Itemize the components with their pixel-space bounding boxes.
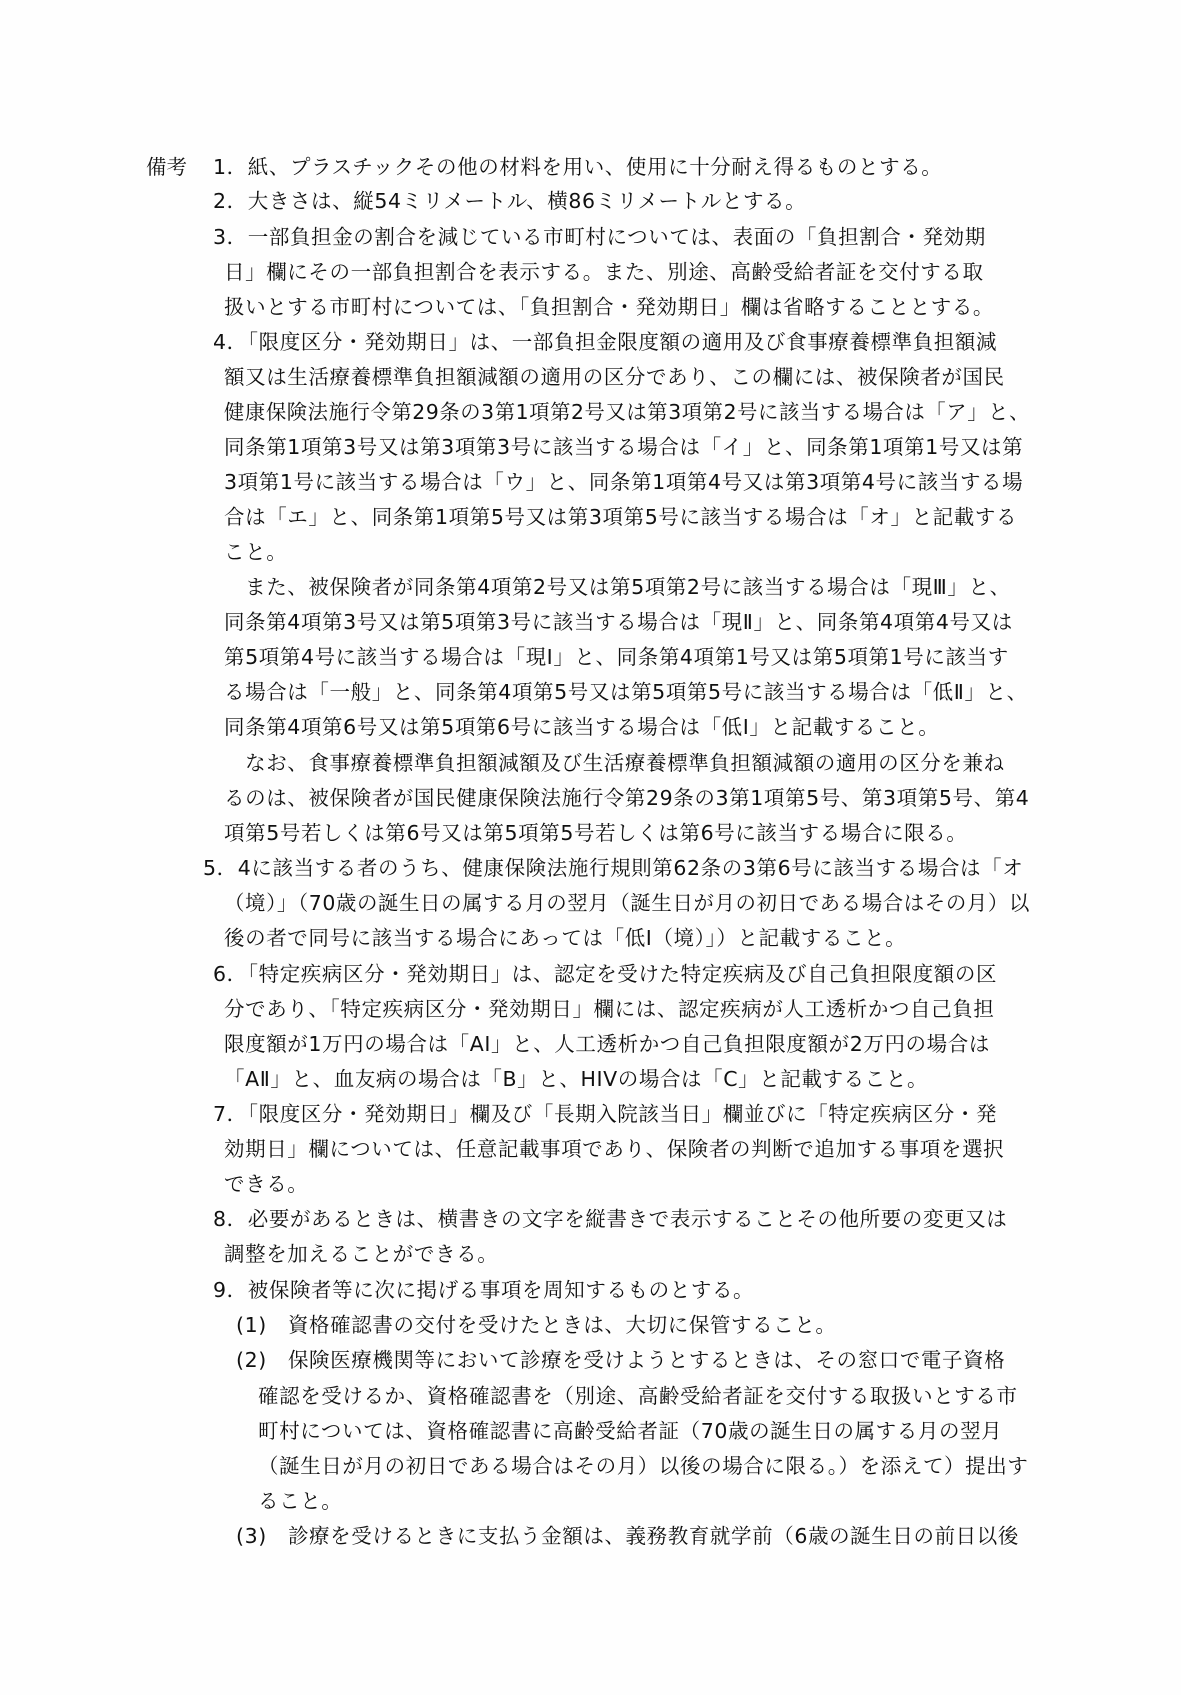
text-line: る場合は「一般」と、同条第4項第5号又は第5項第5号に該当する場合は「低Ⅱ」と、 — [224, 679, 1028, 705]
text-line: (3) 診療を受けるときに支払う金額は、義務教育就学前（6歳の誕生日の前日以後 — [236, 1523, 1019, 1549]
text-line: 扱いとする市町村については、「負担割合・発効期日」欄は省略することとする。 — [224, 294, 994, 320]
text-line: 調整を加えることができる。 — [224, 1241, 498, 1267]
text-line: 分であり、「特定疾病区分・発効期日」欄には、認定疾病が人工透析かつ自己負担 — [224, 996, 994, 1022]
text-line: 5．4に該当する者のうち、健康保険法施行規則第62条の3第6号に該当する場合は「… — [203, 855, 1023, 881]
text-line: （境）」（70歳の誕生日の属する月の翌月（誕生日が月の初日である場合はその月）以 — [224, 890, 1030, 916]
text-line: 同条第4項第6号又は第5項第6号に該当する場合は「低Ⅰ」と記載すること。 — [224, 714, 939, 740]
text-line: ること。 — [258, 1488, 342, 1514]
text-line: 項第5号若しくは第6号又は第5項第5号若しくは第6号に該当する場合に限る。 — [224, 820, 967, 846]
text-line: 7．「限度区分・発効期日」欄及び「長期入院該当日」欄並びに「特定疾病区分・発 — [213, 1101, 997, 1127]
text-line: 同条第1項第3号又は第3項第3号に該当する場合は「イ」と、同条第1項第1号又は第 — [224, 434, 1023, 460]
document-page: 備考 1．紙、プラスチックその他の材料を用い、使用に十分耐え得るものとする。2．… — [0, 0, 1181, 1695]
text-line: 健康保険法施行令第29条の3第1項第2号又は第3項第2号に該当する場合は「ア」と… — [224, 399, 1030, 425]
text-line: 2．大きさは、縦54ミリメートル、横86ミリメートルとする。 — [213, 188, 806, 214]
text-line: 額又は生活療養標準負担額減額の適用の区分であり、この欄には、被保険者が国民 — [224, 364, 1005, 390]
text-line: 効期日」欄については、任意記載事項であり、保険者の判断で追加する事項を選択 — [224, 1136, 1004, 1162]
text-line: 1．紙、プラスチックその他の材料を用い、使用に十分耐え得るものとする。 — [213, 154, 942, 180]
text-line: 9．被保険者等に次に掲げる事項を周知するものとする。 — [213, 1277, 754, 1303]
text-line: 同条第4項第3号又は第5項第3号に該当する場合は「現Ⅱ」と、同条第4項第4号又は — [224, 609, 1013, 635]
text-line: 8．必要があるときは、横書きの文字を縦書きで表示することその他所要の変更又は — [213, 1206, 1007, 1232]
text-line: また、被保険者が同条第4項第2号又は第5項第2号に該当する場合は「現Ⅲ」と、 — [224, 574, 1011, 600]
text-line: 「AⅡ」と、血友病の場合は「B」と、HIVの場合は「C」と記載すること。 — [224, 1066, 928, 1092]
remarks-heading: 備考 — [146, 154, 187, 180]
text-line: るのは、被保険者が国民健康保険法施行令第29条の3第1項第5号、第3項第5号、第… — [224, 785, 1029, 811]
text-line: (1) 資格確認書の交付を受けたときは、大切に保管すること。 — [236, 1312, 837, 1338]
text-line: （誕生日が月の初日である場合はその月）以後の場合に限る。）を添えて）提出す — [258, 1453, 1028, 1479]
text-line: 確認を受けるか、資格確認書を（別途、高齢受給者証を交付する取扱いとする市 — [258, 1383, 1018, 1409]
text-line: 3項第1号に該当する場合は「ウ」と、同条第1項第4号又は第3項第4号に該当する場 — [224, 469, 1023, 495]
text-line: 3．一部負担金の割合を減じている市町村については、表面の「負担割合・発効期 — [213, 224, 986, 250]
text-line: 町村については、資格確認書に高齢受給者証（70歳の誕生日の属する月の翌月 — [258, 1418, 1002, 1444]
text-line: 日」欄にその一部負担割合を表示する。また、別途、高齢受給者証を交付する取 — [224, 259, 984, 285]
text-line: 4．「限度区分・発効期日」は、一部負担金限度額の適用及び食事療養標準負担額減 — [213, 329, 997, 355]
text-line: 限度額が1万円の場合は「AⅠ」と、人工透析かつ自己負担限度額が2万円の場合は — [224, 1031, 990, 1057]
text-line: 6．「特定疾病区分・発効期日」は、認定を受けた特定疾病及び自己負担限度額の区 — [213, 961, 997, 987]
text-line: 第5項第4号に該当する場合は「現Ⅰ」と、同条第4項第1号又は第5項第1号に該当す — [224, 644, 1009, 670]
text-line: なお、食事療養標準負担額減額及び生活療養標準負担額減額の適用の区分を兼ね — [224, 750, 1005, 776]
text-line: 後の者で同号に該当する場合にあっては「低Ⅰ（境）」）と記載すること。 — [224, 925, 906, 951]
text-line: できる。 — [224, 1171, 308, 1197]
text-line: (2) 保険医療機関等において診療を受けようとするときは、その窓口で電子資格 — [236, 1347, 1005, 1373]
text-line: こと。 — [224, 539, 287, 565]
text-line: 合は「エ」と、同条第1項第5号又は第3項第5号に該当する場合は「オ」と記載する — [224, 504, 1017, 530]
